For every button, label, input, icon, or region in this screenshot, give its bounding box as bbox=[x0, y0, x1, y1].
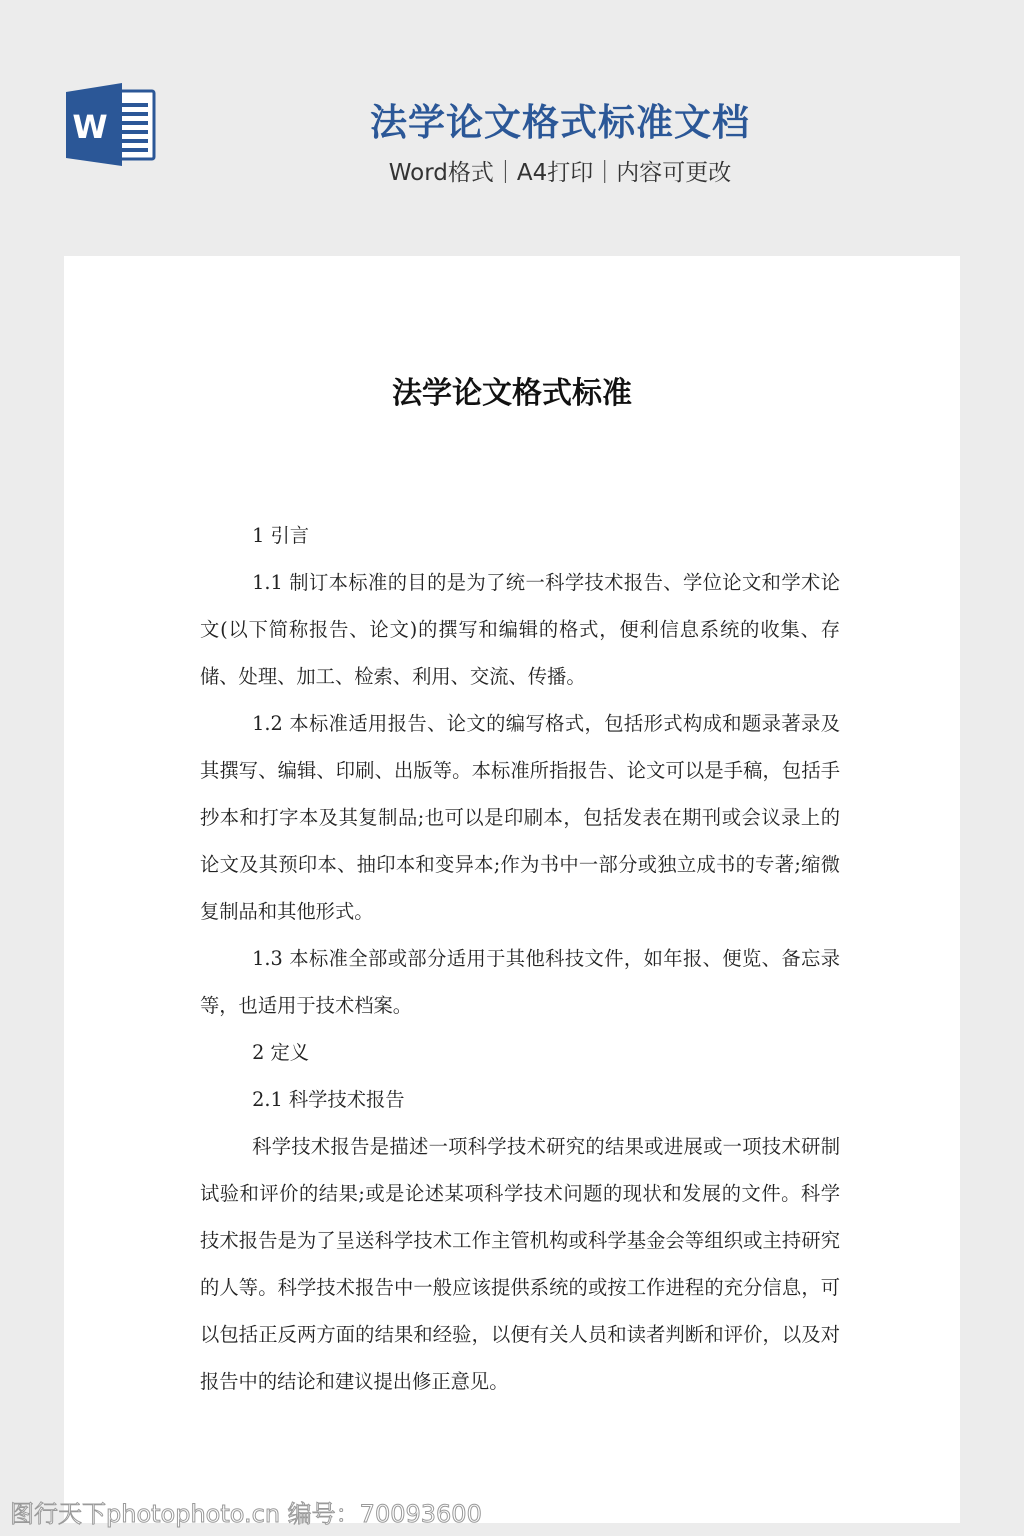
document-body: 1 引言 1.1 制订本标准的目的是为了统一科学技术报告、学位论文和学术论文(以… bbox=[200, 512, 840, 1405]
paragraph: 1.2 本标准适用报告、论文的编写格式，包括形式构成和题录著录及其撰写、编辑、印… bbox=[200, 700, 840, 935]
document-title: 法学论文格式标准 bbox=[64, 368, 960, 412]
watermark: 图行天下photophoto.cn 编号：70093600 bbox=[10, 1494, 482, 1529]
section-heading: 1 引言 bbox=[200, 512, 840, 559]
document-page: 法学论文格式标准 1 引言 1.1 制订本标准的目的是为了统一科学技术报告、学位… bbox=[64, 256, 960, 1523]
word-icon: W bbox=[64, 82, 156, 166]
page-header-subtitle: Word格式｜A4打印｜内容可更改 bbox=[340, 154, 780, 187]
paragraph: 1.3 本标准全部或部分适用于其他科技文件，如年报、便览、备忘录等，也适用于技术… bbox=[200, 935, 840, 1029]
paragraph: 1.1 制订本标准的目的是为了统一科学技术报告、学位论文和学术论文(以下简称报告… bbox=[200, 559, 840, 700]
section-heading: 2 定义 bbox=[200, 1029, 840, 1076]
svg-text:W: W bbox=[72, 108, 107, 146]
page-header-title: 法学论文格式标准文档 bbox=[340, 92, 780, 146]
paragraph: 科学技术报告是描述一项科学技术研究的结果或进展或一项技术研制试验和评价的结果;或… bbox=[200, 1123, 840, 1405]
subsection-heading: 2.1 科学技术报告 bbox=[200, 1076, 840, 1123]
